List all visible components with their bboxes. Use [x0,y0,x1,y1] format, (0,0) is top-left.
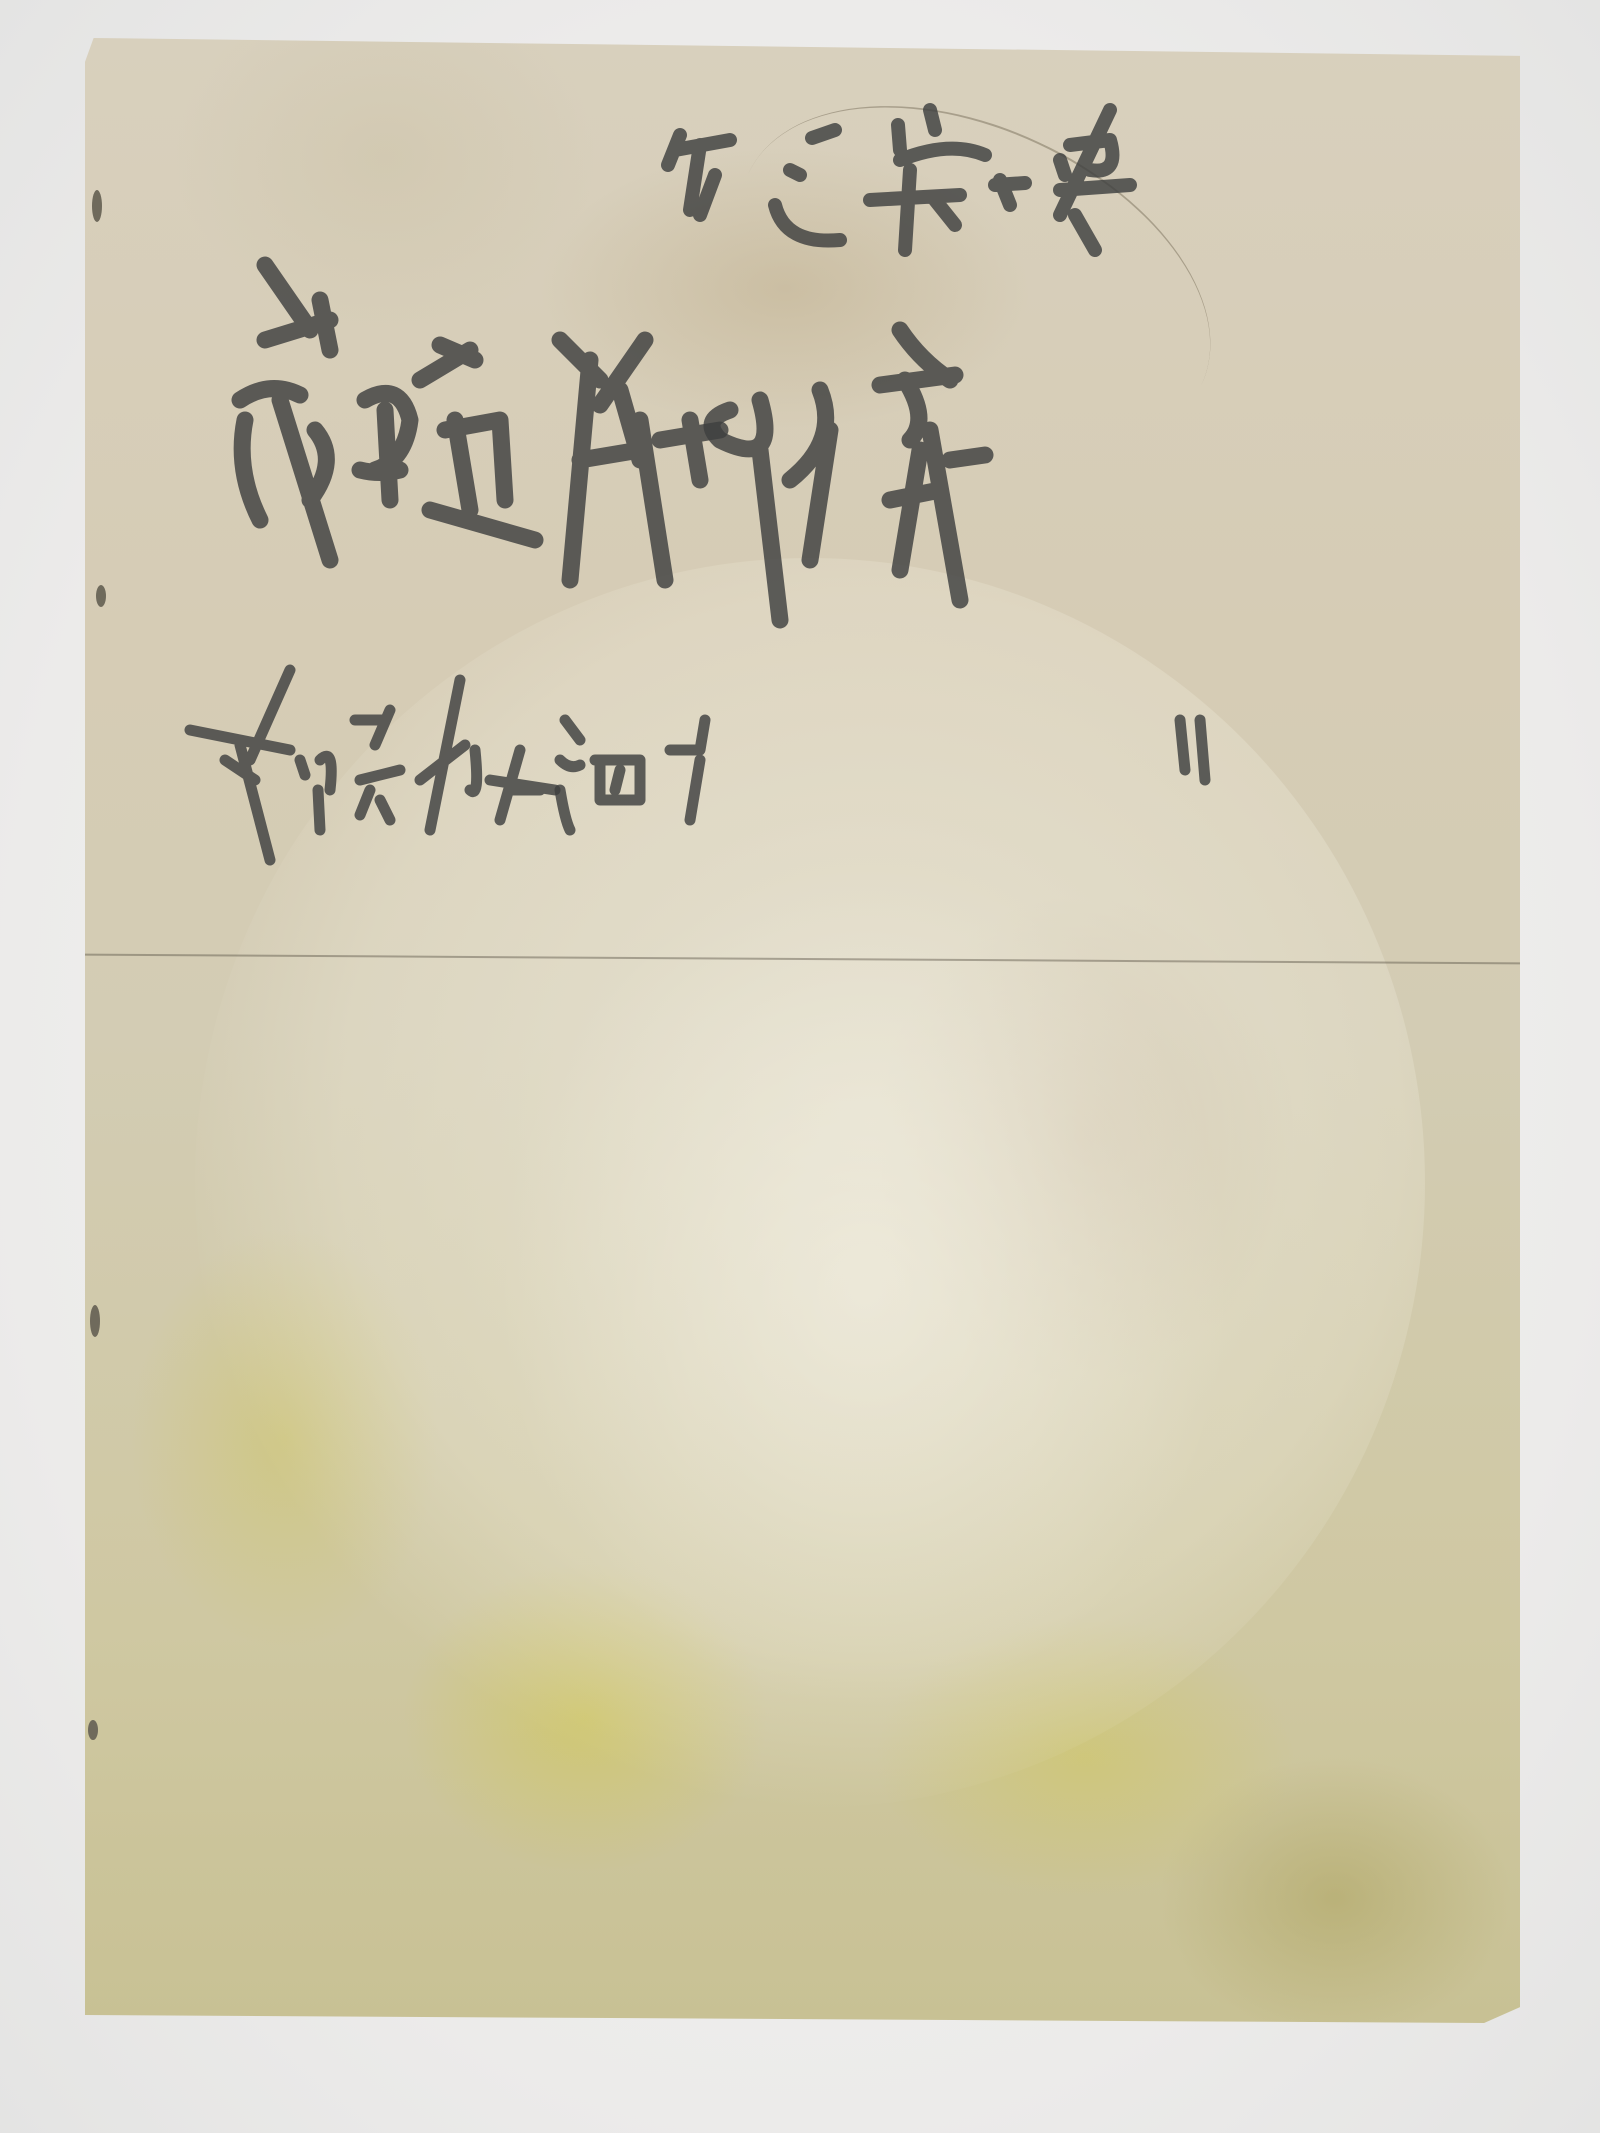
handwriting-line-1 [668,110,1130,250]
calligraphy-ink [0,0,1600,2133]
handwriting-line-2 [240,265,985,620]
handwriting-line-3 [190,670,1205,860]
